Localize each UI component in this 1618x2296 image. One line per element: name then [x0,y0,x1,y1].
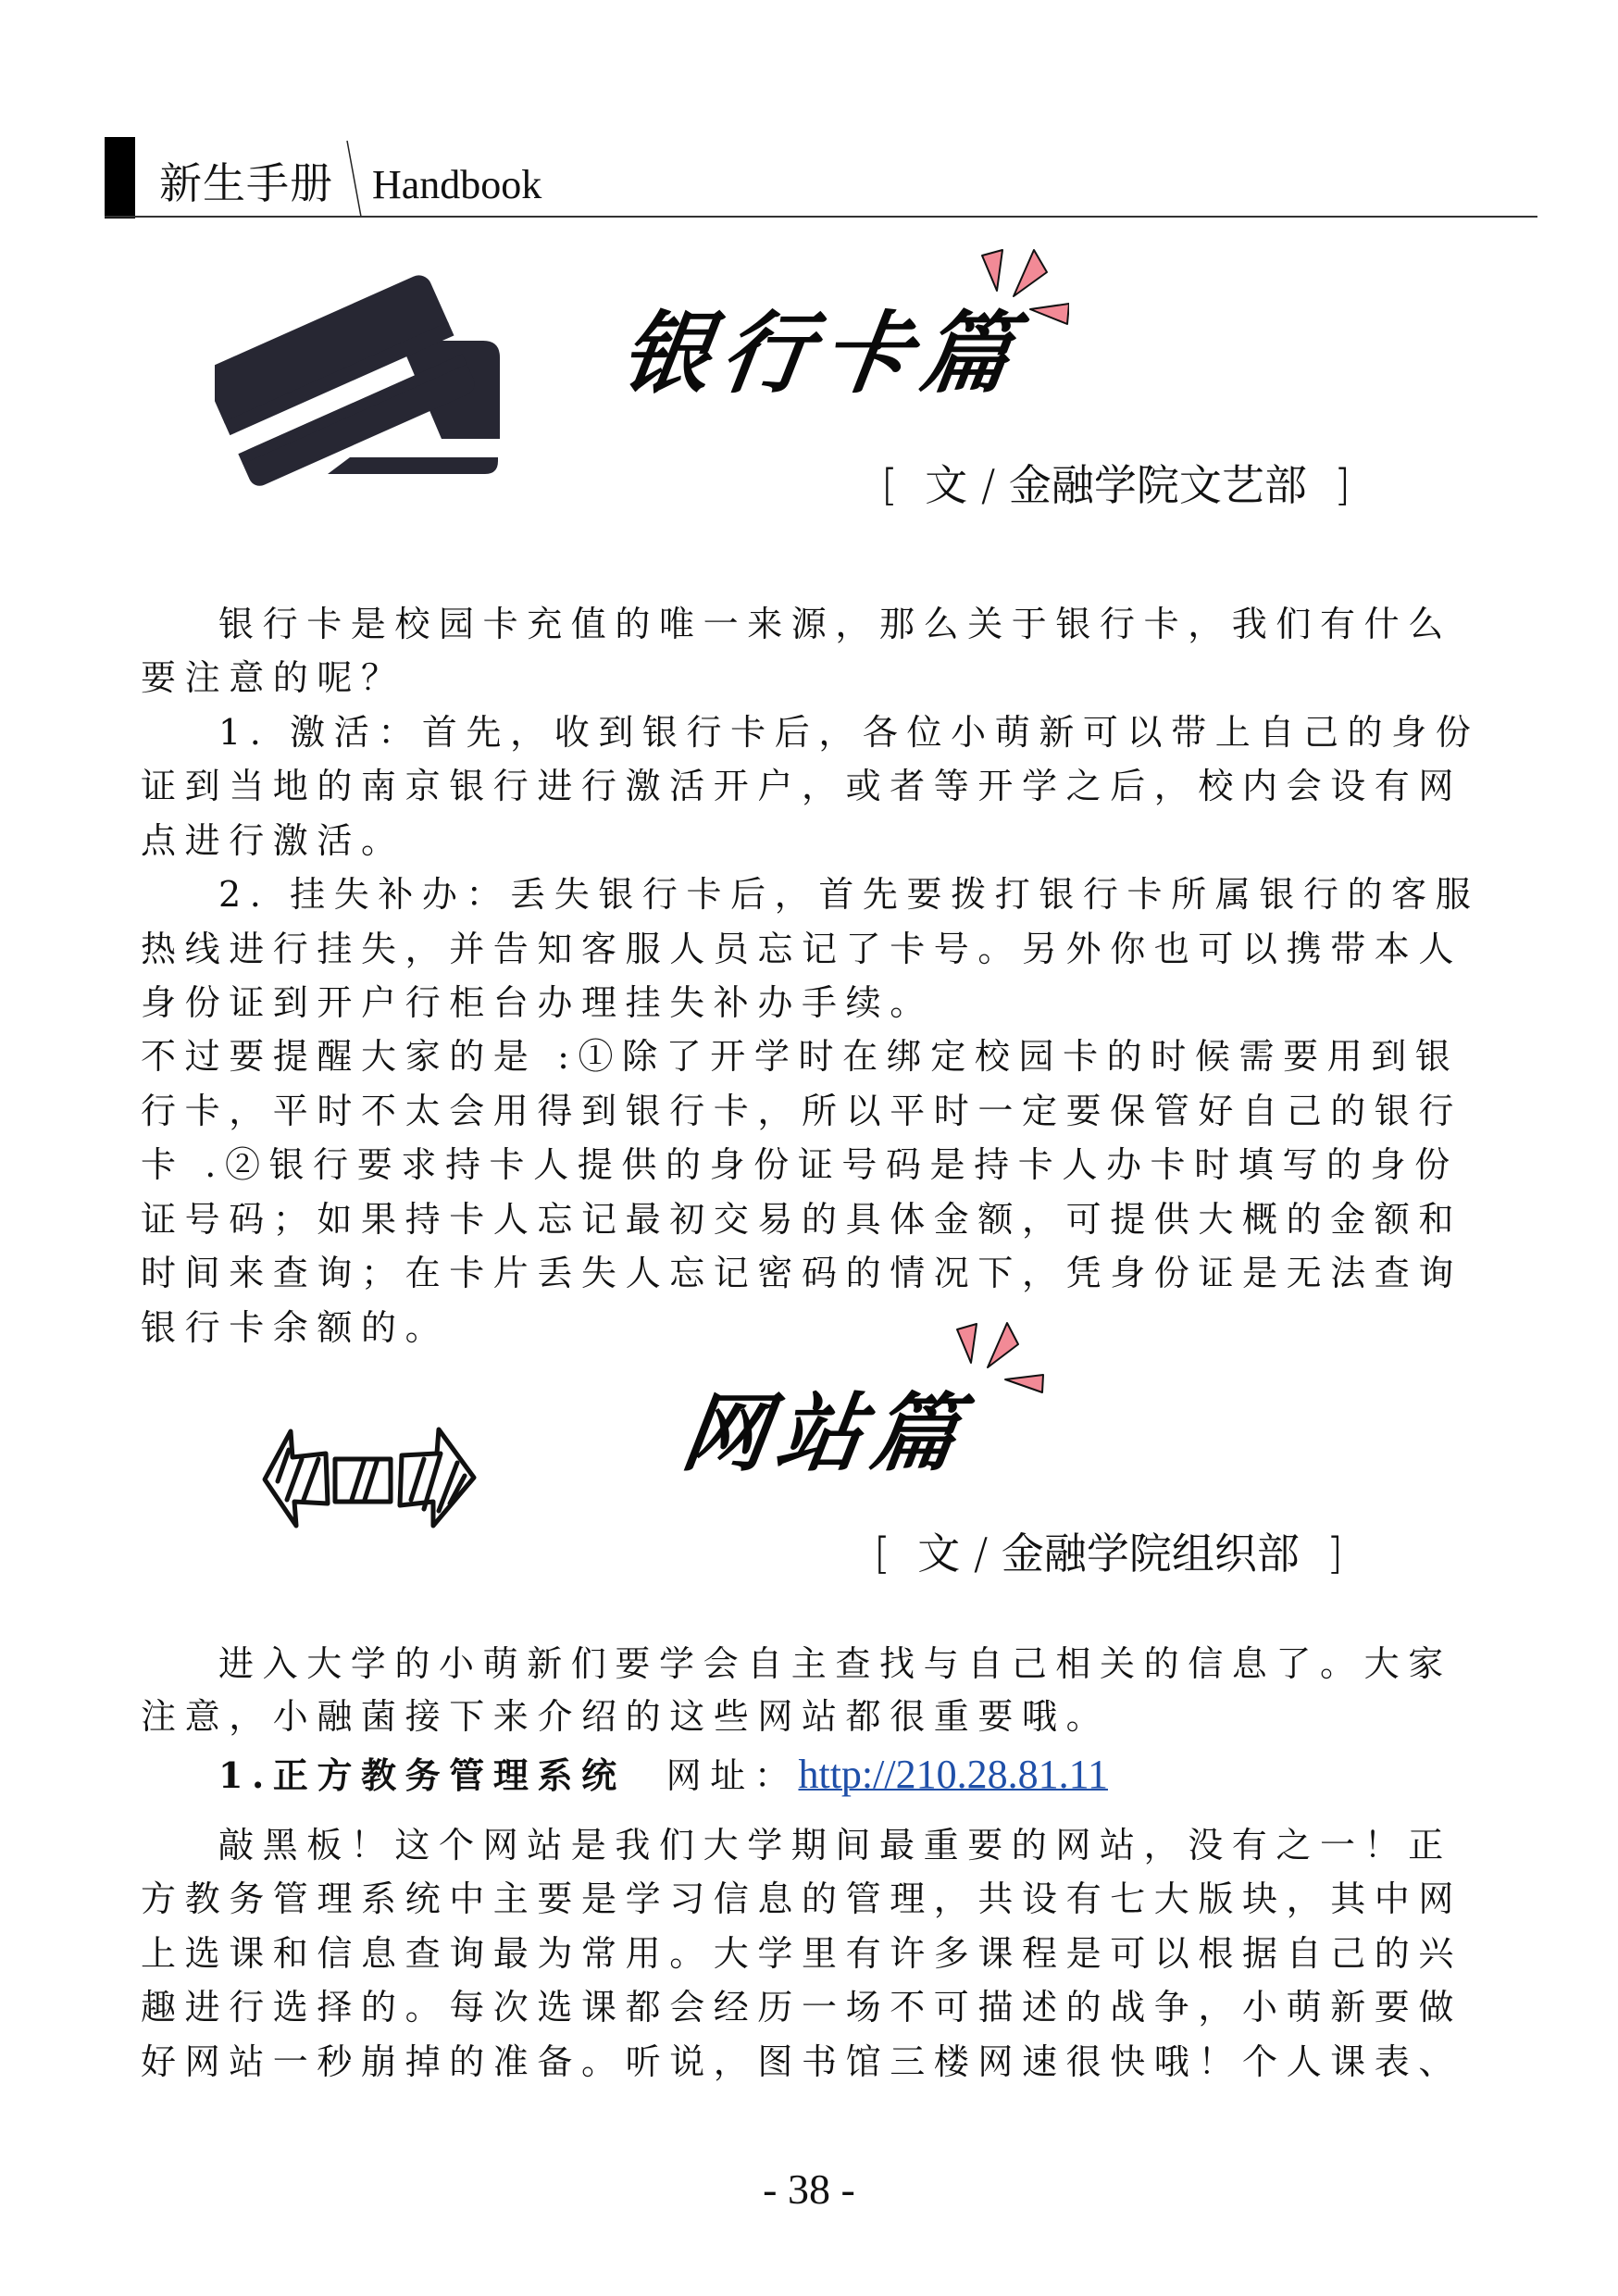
byline-websites: [ 文 / 金融学院组织部 ] [874,1528,1343,1579]
section-title-websites: 网站篇 [676,1378,975,1489]
paragraph-line: 好网站一秒崩掉的准备。听说，图书馆三楼网速很快哦！个人课表、 [141,2035,1474,2089]
paragraph-line: 行卡，平时不太会用得到银行卡，所以平时一定要保管好自己的银行 [141,1084,1474,1138]
paragraph-line: 1. 激活：首先，收到银行卡后，各位小萌新可以带上自己的身份 [218,705,1551,759]
paragraph-line: 证号码；如果持卡人忘记最初交易的具体金额，可提供大概的金额和 [141,1192,1474,1246]
paragraph-line: 要注意的呢？ [141,651,1474,705]
paragraph-line: 上选课和信息查询最为常用。大学里有许多课程是可以根据自己的兴 [141,1927,1474,1980]
paragraph-line: 敲黑板！这个网站是我们大学期间最重要的网站，没有之一！正 [218,1818,1551,1872]
site-url-label: 网址： [666,1755,799,1796]
page-number: - 38 - [0,2162,1618,2217]
paragraph-line: 趣进行选择的。每次选课都会经历一场不可描述的战争，小萌新要做 [141,1980,1474,2034]
paragraph-line: 不过要提醒大家的是 :①除了开学时在绑定校园卡的时候需要用到银 [141,1029,1474,1083]
site-url-link[interactable]: http://210.28.81.11 [798,1752,1108,1797]
header-title-cn: 新生手册 [159,156,333,211]
paragraph-line: 时间来查询；在卡片丢失人忘记密码的情况下，凭身份证是无法查询 [141,1246,1474,1300]
paragraph-line: 银行卡是校园卡充值的唯一来源，那么关于银行卡，我们有什么 [218,597,1551,651]
site-name: 1.正方教务管理系统 [218,1754,626,1796]
section-title-bank-card: 银行卡篇 [615,298,1030,409]
header-accent-bar [105,137,135,218]
paragraph-line: 注意，小融菌接下来介绍的这些网站都很重要哦。 [141,1690,1474,1743]
paragraph-line: 银行卡余额的。 [141,1301,1474,1354]
header-rule [105,216,1537,218]
double-arrow-icon [261,1426,478,1529]
paragraph-line: 证到当地的南京银行进行激活开户，或者等开学之后，校内会设有网 [141,759,1474,813]
header-title-en: Handbook [372,159,541,211]
paragraph-line: 卡 .②银行要求持卡人提供的身份证号码是持卡人办卡时填写的身份 [141,1138,1474,1192]
paragraph-line: 2. 挂失补办：丢失银行卡后，首先要拨打银行卡所属银行的客服 [218,867,1551,921]
paragraph-line: 点进行激活。 [141,814,1474,867]
sparkle-icon [977,248,1069,328]
sparkle-icon [952,1318,1048,1398]
paragraph-line: 进入大学的小萌新们要学会自主查找与自己相关的信息了。大家 [218,1637,1551,1691]
byline-bank-card: [ 文 / 金融学院文艺部 ] [881,459,1350,511]
bank-card-icon [215,274,502,493]
paragraph-line: 方教务管理系统中主要是学习信息的管理，共设有七大版块，其中网 [141,1872,1474,1926]
paragraph-line: 身份证到开户行柜台办理挂失补办手续。 [141,976,1474,1029]
paragraph-line: 热线进行挂失，并告知客服人员忘记了卡号。另外你也可以携带本人 [141,922,1474,976]
site-entry-jwxt: 1.正方教务管理系统网址：http://210.28.81.11 [218,1748,1551,1802]
